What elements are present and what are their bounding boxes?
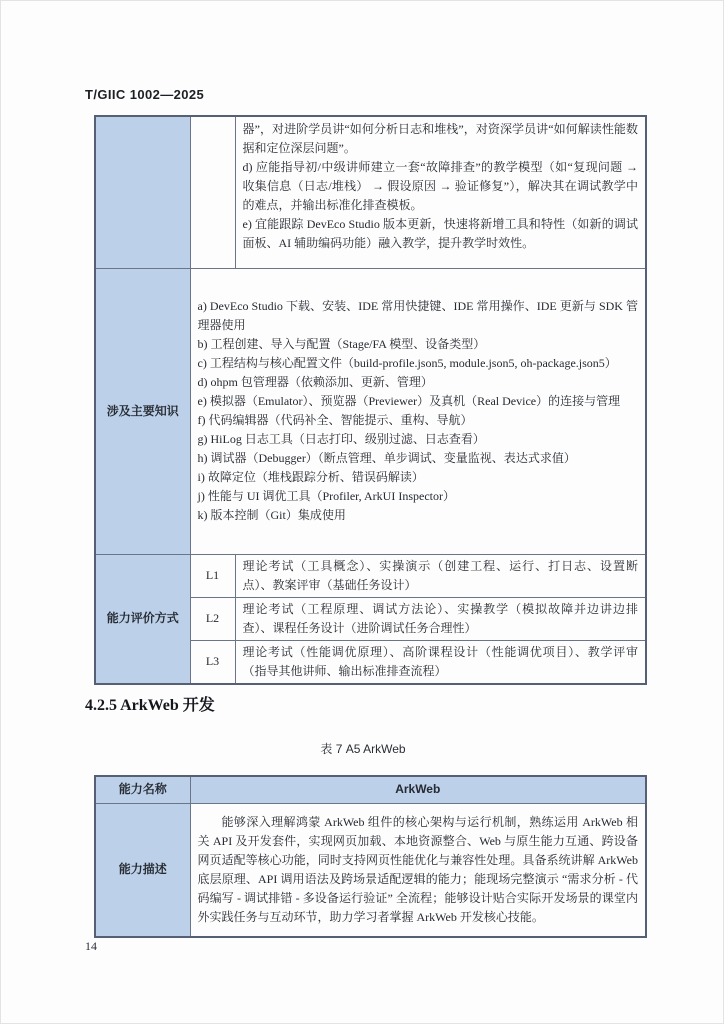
- empty-level-cell: [190, 116, 235, 268]
- capability-name-label: 能力名称: [95, 776, 190, 803]
- capability-desc-label: 能力描述: [95, 803, 190, 937]
- page-number: 14: [85, 939, 97, 954]
- table-row: 能力描述 能够深入理解鸿蒙 ArkWeb 组件的核心架构与运行机制，熟练运用 A…: [95, 803, 646, 937]
- knowledge-content: a) DevEco Studio 下载、安装、IDE 常用快捷键、IDE 常用操…: [190, 268, 646, 554]
- table-row: 器”，对进阶学员讲“如何分析日志和堆栈”，对资深学员讲“如何解读性能数据和定位深…: [95, 116, 646, 268]
- competency-table-continued: 器”，对进阶学员讲“如何分析日志和堆栈”，对资深学员讲“如何解读性能数据和定位深…: [94, 115, 647, 685]
- level-cell-l3: L3: [190, 640, 235, 684]
- table-caption: 表 7 A5 ArkWeb: [1, 740, 724, 757]
- evaluation-content-l1: 理论考试（工具概念）、实操演示（创建工程、运行、打日志、设置断点）、教案评审（基…: [235, 554, 646, 597]
- capability-name-value: ArkWeb: [190, 776, 646, 803]
- section-heading: 4.2.5 ArkWeb 开发: [85, 692, 215, 715]
- table-row: 涉及主要知识 a) DevEco Studio 下载、安装、IDE 常用快捷键、…: [95, 268, 646, 554]
- doc-code: T/GIIC 1002—2025: [85, 87, 204, 102]
- arkweb-table: 能力名称 ArkWeb 能力描述 能够深入理解鸿蒙 ArkWeb 组件的核心架构…: [94, 775, 647, 938]
- table-row: 能力评价方式 L1 理论考试（工具概念）、实操演示（创建工程、运行、打日志、设置…: [95, 554, 646, 597]
- evaluation-content-l2: 理论考试（工程原理、调试方法论）、实操教学（模拟故障并边讲边排查）、课程任务设计…: [235, 597, 646, 640]
- evaluation-content-l3: 理论考试（性能调优原理）、高阶课程设计（性能调优项目）、教学评审（指导其他讲师、…: [235, 640, 646, 684]
- level-cell-l2: L2: [190, 597, 235, 640]
- knowledge-label: 涉及主要知识: [95, 268, 190, 554]
- requirement-continued-text: 器”，对进阶学员讲“如何分析日志和堆栈”，对资深学员讲“如何解读性能数据和定位深…: [235, 116, 646, 268]
- table-row: 能力名称 ArkWeb: [95, 776, 646, 803]
- document-page: T/GIIC 1002—2025 器”，对进阶学员讲“如何分析日志和堆栈”，对资…: [0, 0, 724, 1024]
- empty-label-cell: [95, 116, 190, 268]
- evaluation-label: 能力评价方式: [95, 554, 190, 684]
- level-cell-l1: L1: [190, 554, 235, 597]
- capability-desc-text: 能够深入理解鸿蒙 ArkWeb 组件的核心架构与运行机制，熟练运用 ArkWeb…: [190, 803, 646, 937]
